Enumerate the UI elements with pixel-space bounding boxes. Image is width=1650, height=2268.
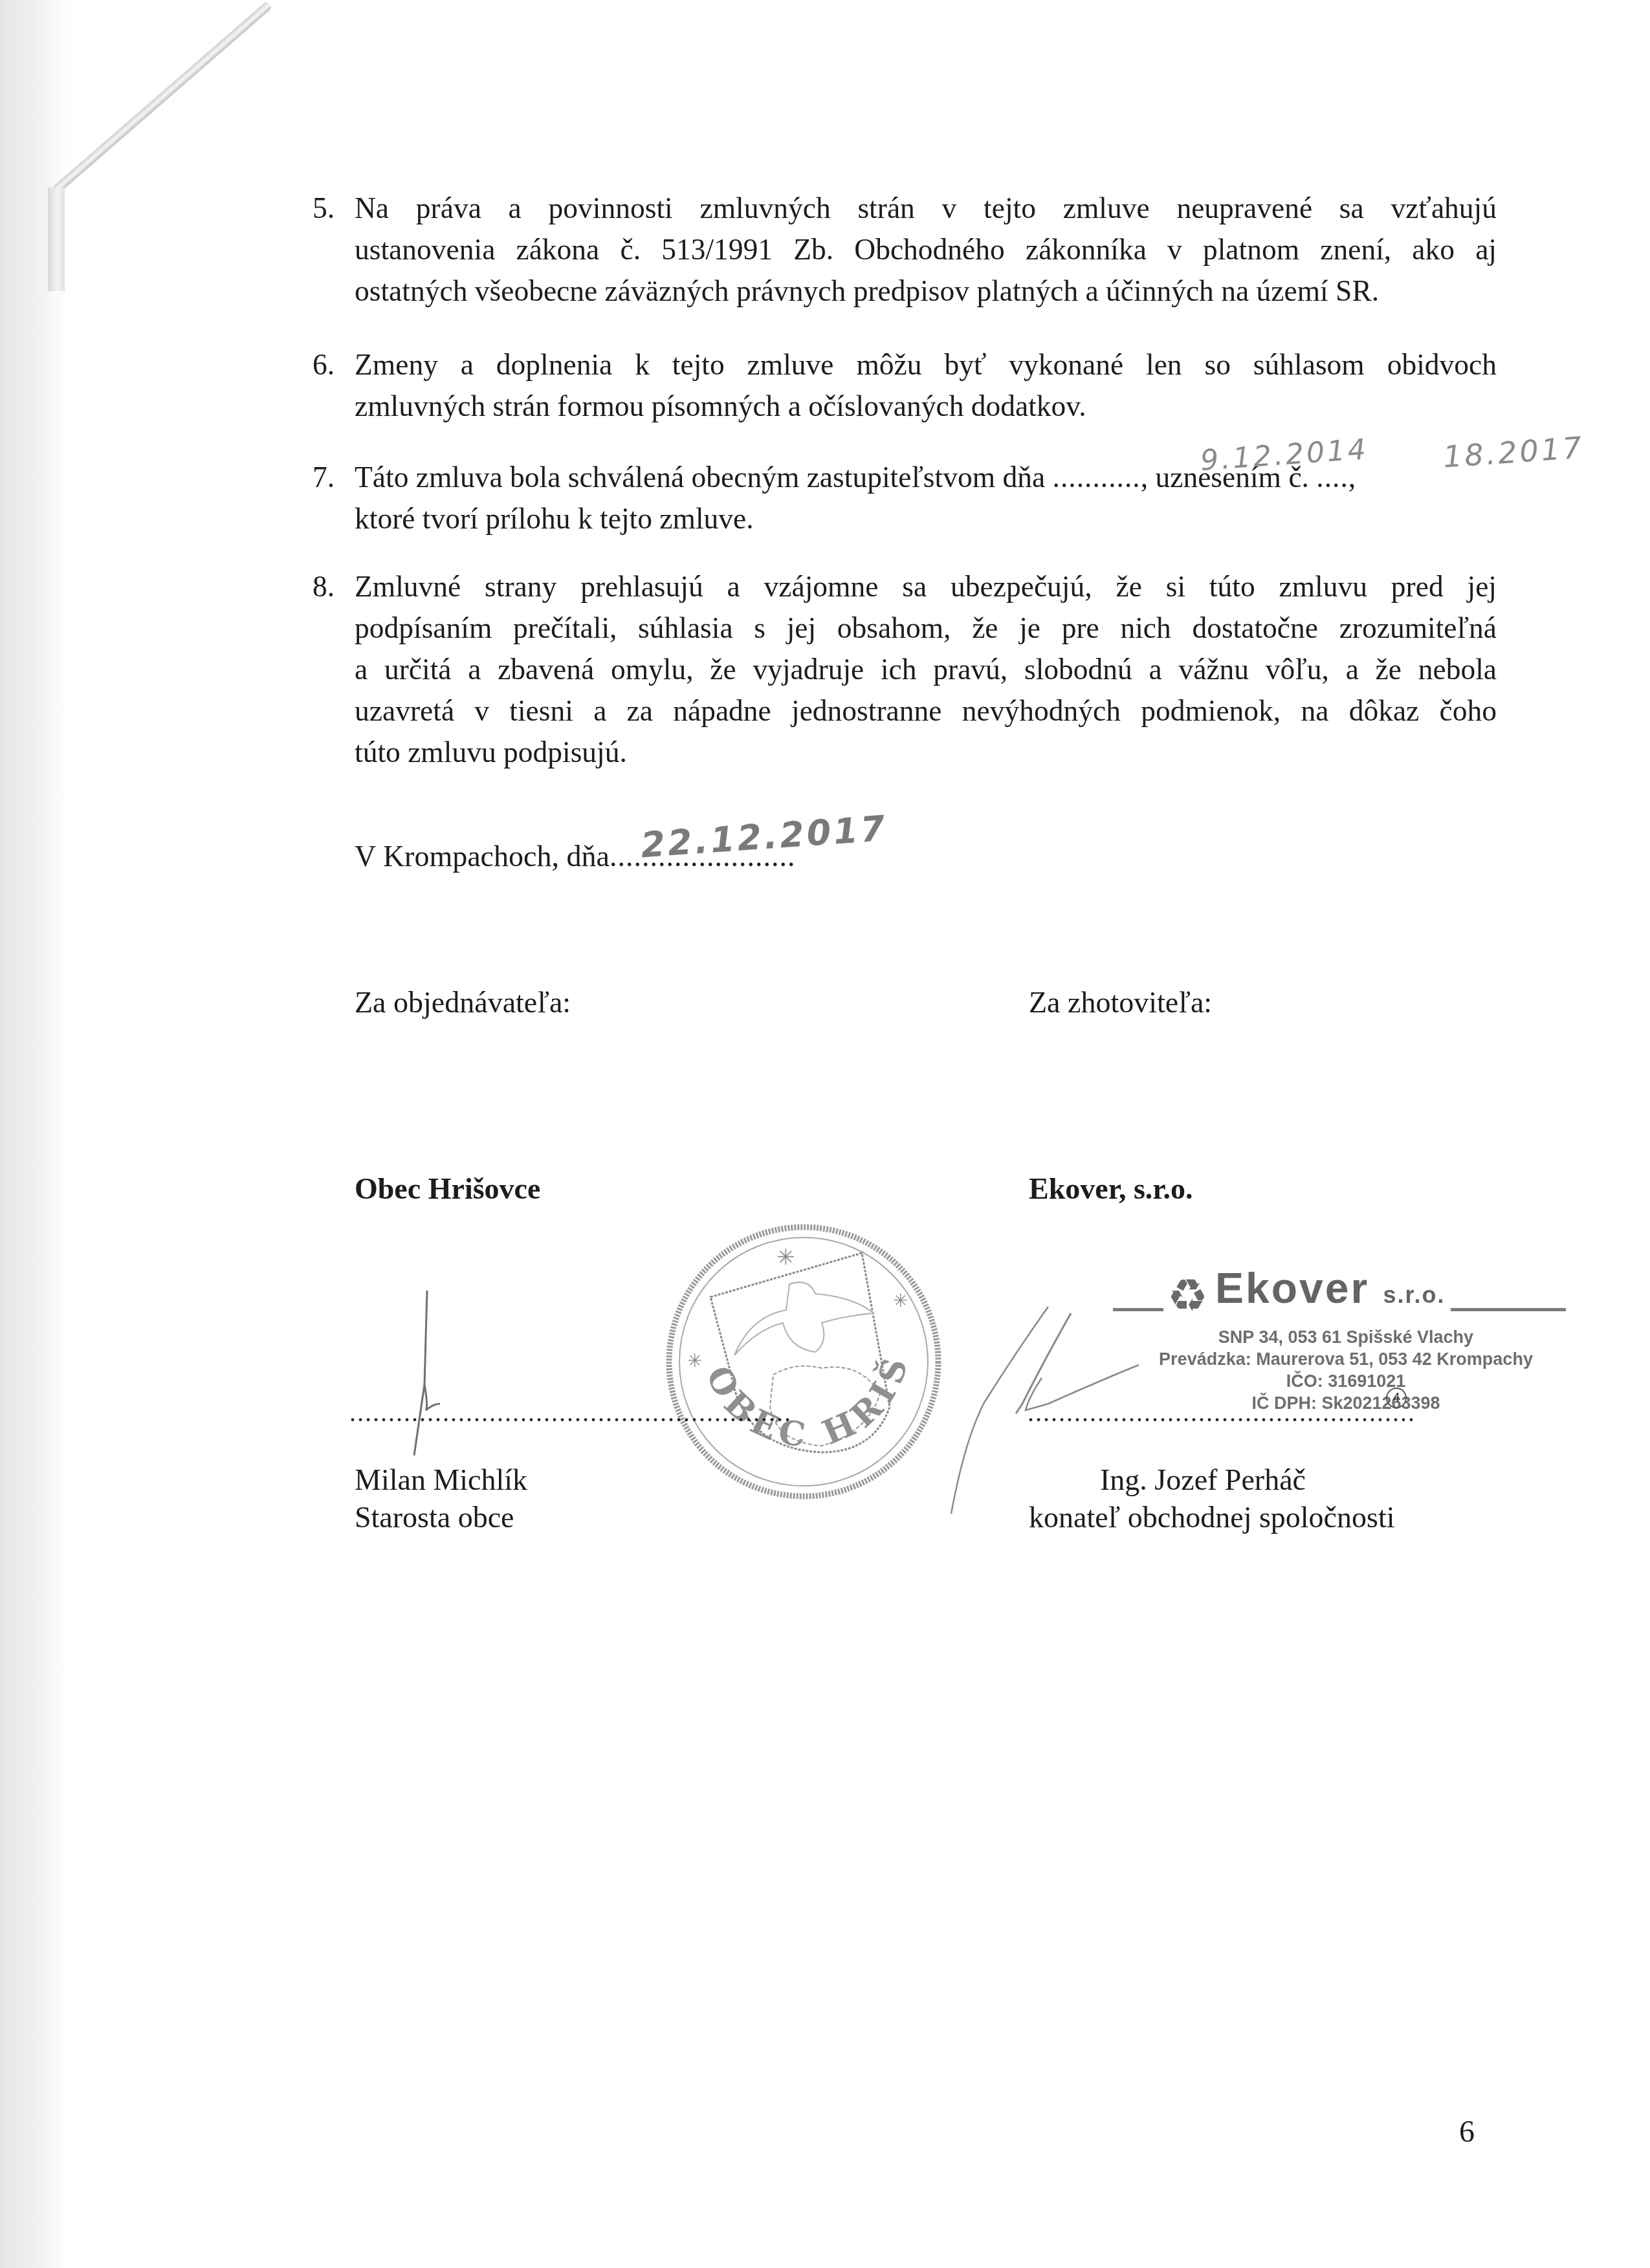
contractor-party: Ekover, s.r.o.	[1029, 1168, 1193, 1210]
orderer-role: Starosta obce	[355, 1497, 514, 1538]
stamp-brand: Ekover s.r.o.	[1210, 1267, 1451, 1316]
orderer-name: Milan Michlík	[355, 1459, 527, 1501]
folded-corner-edge	[48, 188, 65, 291]
clause-line: ktoré tvorí prílohu k tejto zmluve.	[355, 498, 1497, 540]
clause-5: 5. Na práva a povinnosti zmluvných strán…	[313, 188, 1497, 312]
eagle-icon	[734, 1282, 874, 1355]
stamp-address: SNP 34, 053 61 Spišské Vlachy	[1113, 1326, 1579, 1348]
orderer-party: Obec Hrišovce	[355, 1168, 540, 1210]
stamp-ico: IČO: 31691021	[1113, 1370, 1579, 1392]
clause-line: Zmeny a doplnenia k tejto zmluve môžu by…	[355, 344, 1497, 386]
clause-number: 8.	[313, 566, 335, 607]
star-icon: ✳	[776, 1245, 795, 1270]
approval-date-blank: ...........	[1053, 461, 1141, 494]
clause-7-text: Táto zmluva bola schválená obecným zastu…	[355, 461, 1045, 494]
clause-6: 6. Zmeny a doplnenia k tejto zmluve môžu…	[313, 344, 1497, 427]
star-icon: ✳	[687, 1350, 702, 1371]
clause-line: ustanovenia zákona č. 513/1991 Zb. Obcho…	[355, 229, 1497, 270]
contractor-name: Ing. Jozef Perháč	[1100, 1459, 1306, 1501]
clause-line: a určitá a zbavená omylu, že vyjadruje i…	[355, 649, 1497, 690]
contractor-heading: Za zhotoviteľa:	[1029, 982, 1212, 1023]
orderer-signature-line: ........................................…	[349, 1397, 792, 1428]
clause-line: túto zmluvu podpisujú.	[355, 732, 1497, 773]
clause-line: podpísaním prečítali, súhlasia s jej obs…	[355, 607, 1497, 649]
ekover-stamp: ♻ Ekover s.r.o. SNP 34, 053 61 Spišské V…	[1113, 1261, 1579, 1417]
clause-number: 6.	[313, 344, 335, 386]
recycle-icon: ♻	[1163, 1273, 1212, 1318]
clause-line: Na práva a povinnosti zmluvných strán v …	[355, 188, 1497, 229]
clause-8: 8. Zmluvné strany prehlasujú a vzájomne …	[313, 566, 1497, 773]
clause-line: uzavretá v tiesni a za nápadne jednostra…	[355, 690, 1497, 732]
paper-sheet	[0, 0, 1650, 2268]
clause-number: 5.	[313, 188, 335, 229]
clause-number: 7.	[313, 457, 335, 498]
page-number: 6	[1459, 2114, 1475, 2150]
contractor-role: konateľ obchodnej spoločnosti	[1029, 1497, 1394, 1538]
place-date-label: V Krompachoch, dňa	[355, 840, 610, 873]
orderer-signature	[388, 1287, 466, 1456]
obec-hrisovce-stamp: ✳ ✳ ✳ OBEC HRIŠOVCE	[660, 1219, 951, 1504]
clause-line: Zmluvné strany prehlasujú a vzájomne sa …	[355, 566, 1497, 607]
stamp-facility: Prevádzka: Maurerova 51, 053 42 Krompach…	[1113, 1348, 1579, 1370]
clause-line: zmluvných strán formou písomných a očísl…	[355, 386, 1497, 427]
contractor-signature-line: ........................................…	[1028, 1397, 1416, 1428]
clause-line: ostatných všeobecne záväzných právnych p…	[355, 270, 1497, 312]
star-icon: ✳	[893, 1290, 908, 1311]
orderer-heading: Za objednávateľa:	[355, 982, 571, 1023]
